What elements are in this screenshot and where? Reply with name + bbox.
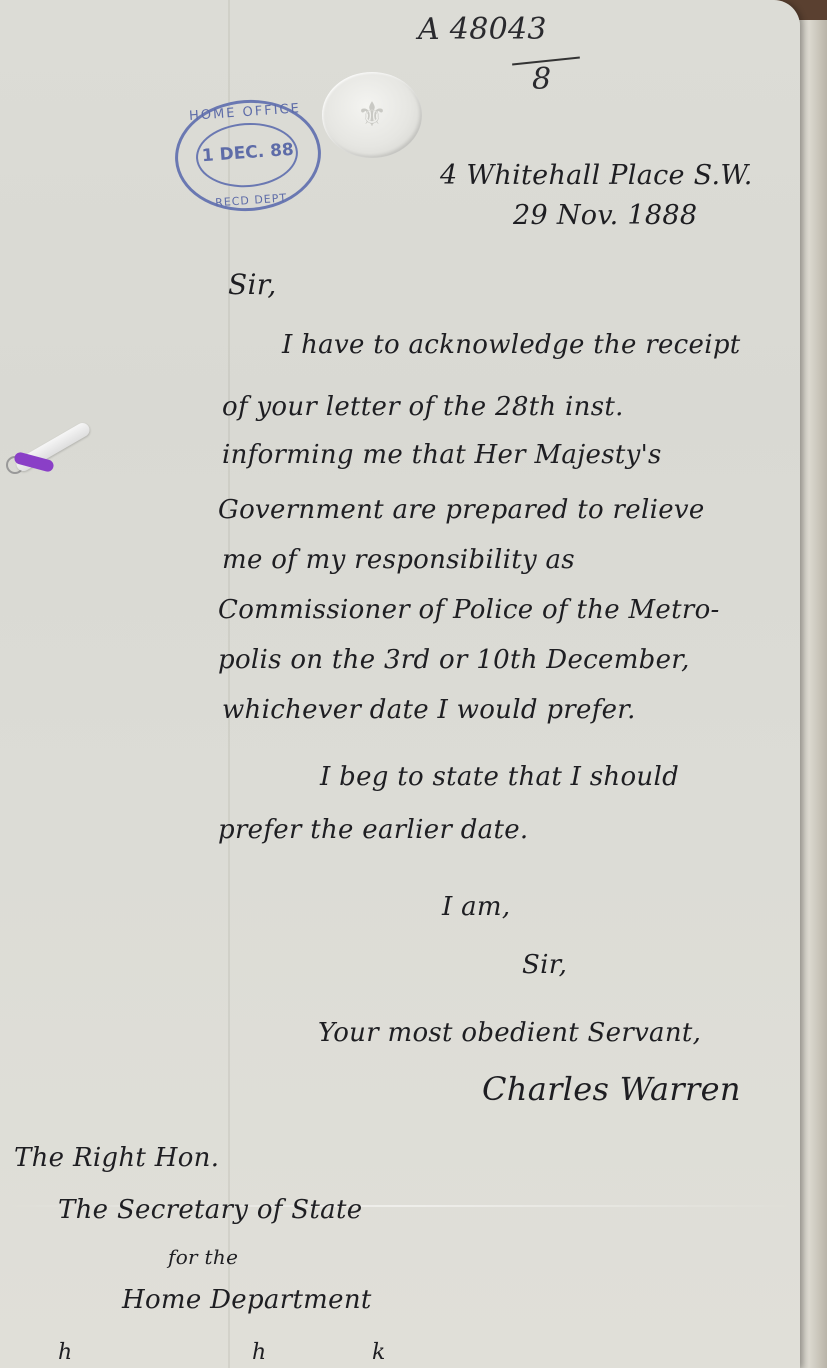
body-line: I beg to state that I should xyxy=(320,762,679,792)
reference-number: A 48043 xyxy=(418,12,547,47)
salutation: Sir, xyxy=(228,268,277,301)
body-line: of your letter of the 28th inst. xyxy=(222,392,624,422)
closing-line: I am, xyxy=(442,892,510,922)
body-line: Government are prepared to relieve xyxy=(218,495,705,525)
letter-sheet: A 48043 8 HOME OFFICE 1 DEC. 88 RECD DEP… xyxy=(0,0,800,1368)
closing-line: Sir, xyxy=(522,950,567,980)
bottom-mark: h xyxy=(252,1340,266,1365)
recipient-line: for the xyxy=(168,1245,238,1269)
home-office-stamp: HOME OFFICE 1 DEC. 88 RECD DEPT xyxy=(171,95,324,216)
letter-date: 29 Nov. 1888 xyxy=(513,200,697,231)
body-line: informing me that Her Majesty's xyxy=(222,440,662,470)
bottom-mark: h xyxy=(58,1340,72,1365)
signature: Charles Warren xyxy=(482,1070,741,1108)
body-line: prefer the earlier date. xyxy=(218,815,528,845)
closing-line: Your most obedient Servant, xyxy=(318,1018,701,1048)
stamp-top-text: HOME OFFICE xyxy=(175,100,316,125)
body-line: me of my responsibility as xyxy=(222,545,575,575)
body-line: Commissioner of Police of the Metro- xyxy=(218,595,720,625)
stamp-bottom-text: RECD DEPT xyxy=(181,189,322,212)
reference-sub: 8 xyxy=(532,62,551,97)
sender-address: 4 Whitehall Place S.W. xyxy=(440,160,753,191)
body-line: I have to acknowledge the receipt xyxy=(282,330,741,360)
crest-icon: ⚜ xyxy=(352,92,392,138)
recipient-line: The Secretary of State xyxy=(58,1195,362,1225)
embossed-seal: ⚜ xyxy=(322,72,422,158)
bottom-mark: k xyxy=(372,1340,386,1365)
body-line: whichever date I would prefer. xyxy=(222,695,636,725)
recipient-line: Home Department xyxy=(122,1285,372,1315)
body-line: polis on the 3rd or 10th December, xyxy=(218,645,690,675)
recipient-line: The Right Hon. xyxy=(14,1143,219,1173)
